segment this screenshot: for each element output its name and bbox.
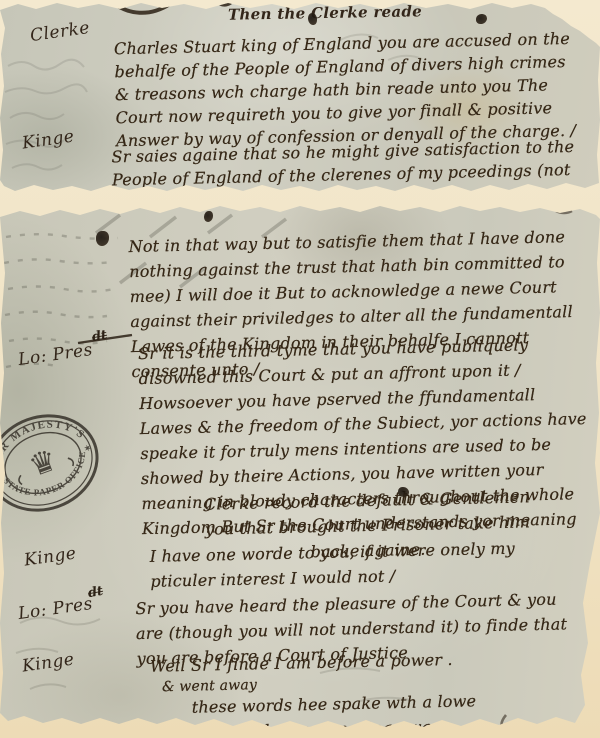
crown-icon: ♛ (25, 442, 62, 484)
speech-clerke-charge: Charles Stuart king of England you are a… (114, 27, 578, 152)
ink-blot (308, 13, 317, 25)
marginal-note-dt: dt (91, 328, 108, 345)
archive-stamp: HER MAJESTY'S STATE PAPER OFFICE ✶ ♛ (0, 392, 117, 534)
stage-direction-lowe-voice: these words hee spake wth a lowe voice a… (191, 687, 522, 738)
heading-then-the-clerke-reade: Then the Clerke reade (228, 2, 422, 23)
ink-blot (476, 14, 487, 24)
speaker-label-kinge: Kinge (21, 649, 76, 676)
ink-blot (204, 211, 213, 222)
speech-kinge-one-worde: I have one worde to you, if it were onel… (149, 534, 582, 594)
speaker-label-lord-president: Lo: Pres (17, 340, 94, 370)
speaker-label-kinge: Kinge (23, 543, 78, 570)
ink-blot (96, 231, 109, 246)
paper-fragment-top: Then the Clerke reade Clerke Charles Stu… (0, 0, 600, 196)
speaker-label-kinge: Kinge (21, 126, 76, 153)
manuscript-page: Then the Clerke reade Clerke Charles Stu… (0, 0, 600, 738)
speaker-label-lord-president: Lo: Pres (17, 594, 94, 624)
speech-kinge-satisfaction: Sr saies againe that so he might give sa… (111, 135, 590, 215)
speaker-label-clerke: Clerke (29, 18, 91, 46)
ink-blot (398, 487, 409, 497)
paper-fragment-bottom: Not in that way but to satisfie them tha… (0, 203, 600, 738)
